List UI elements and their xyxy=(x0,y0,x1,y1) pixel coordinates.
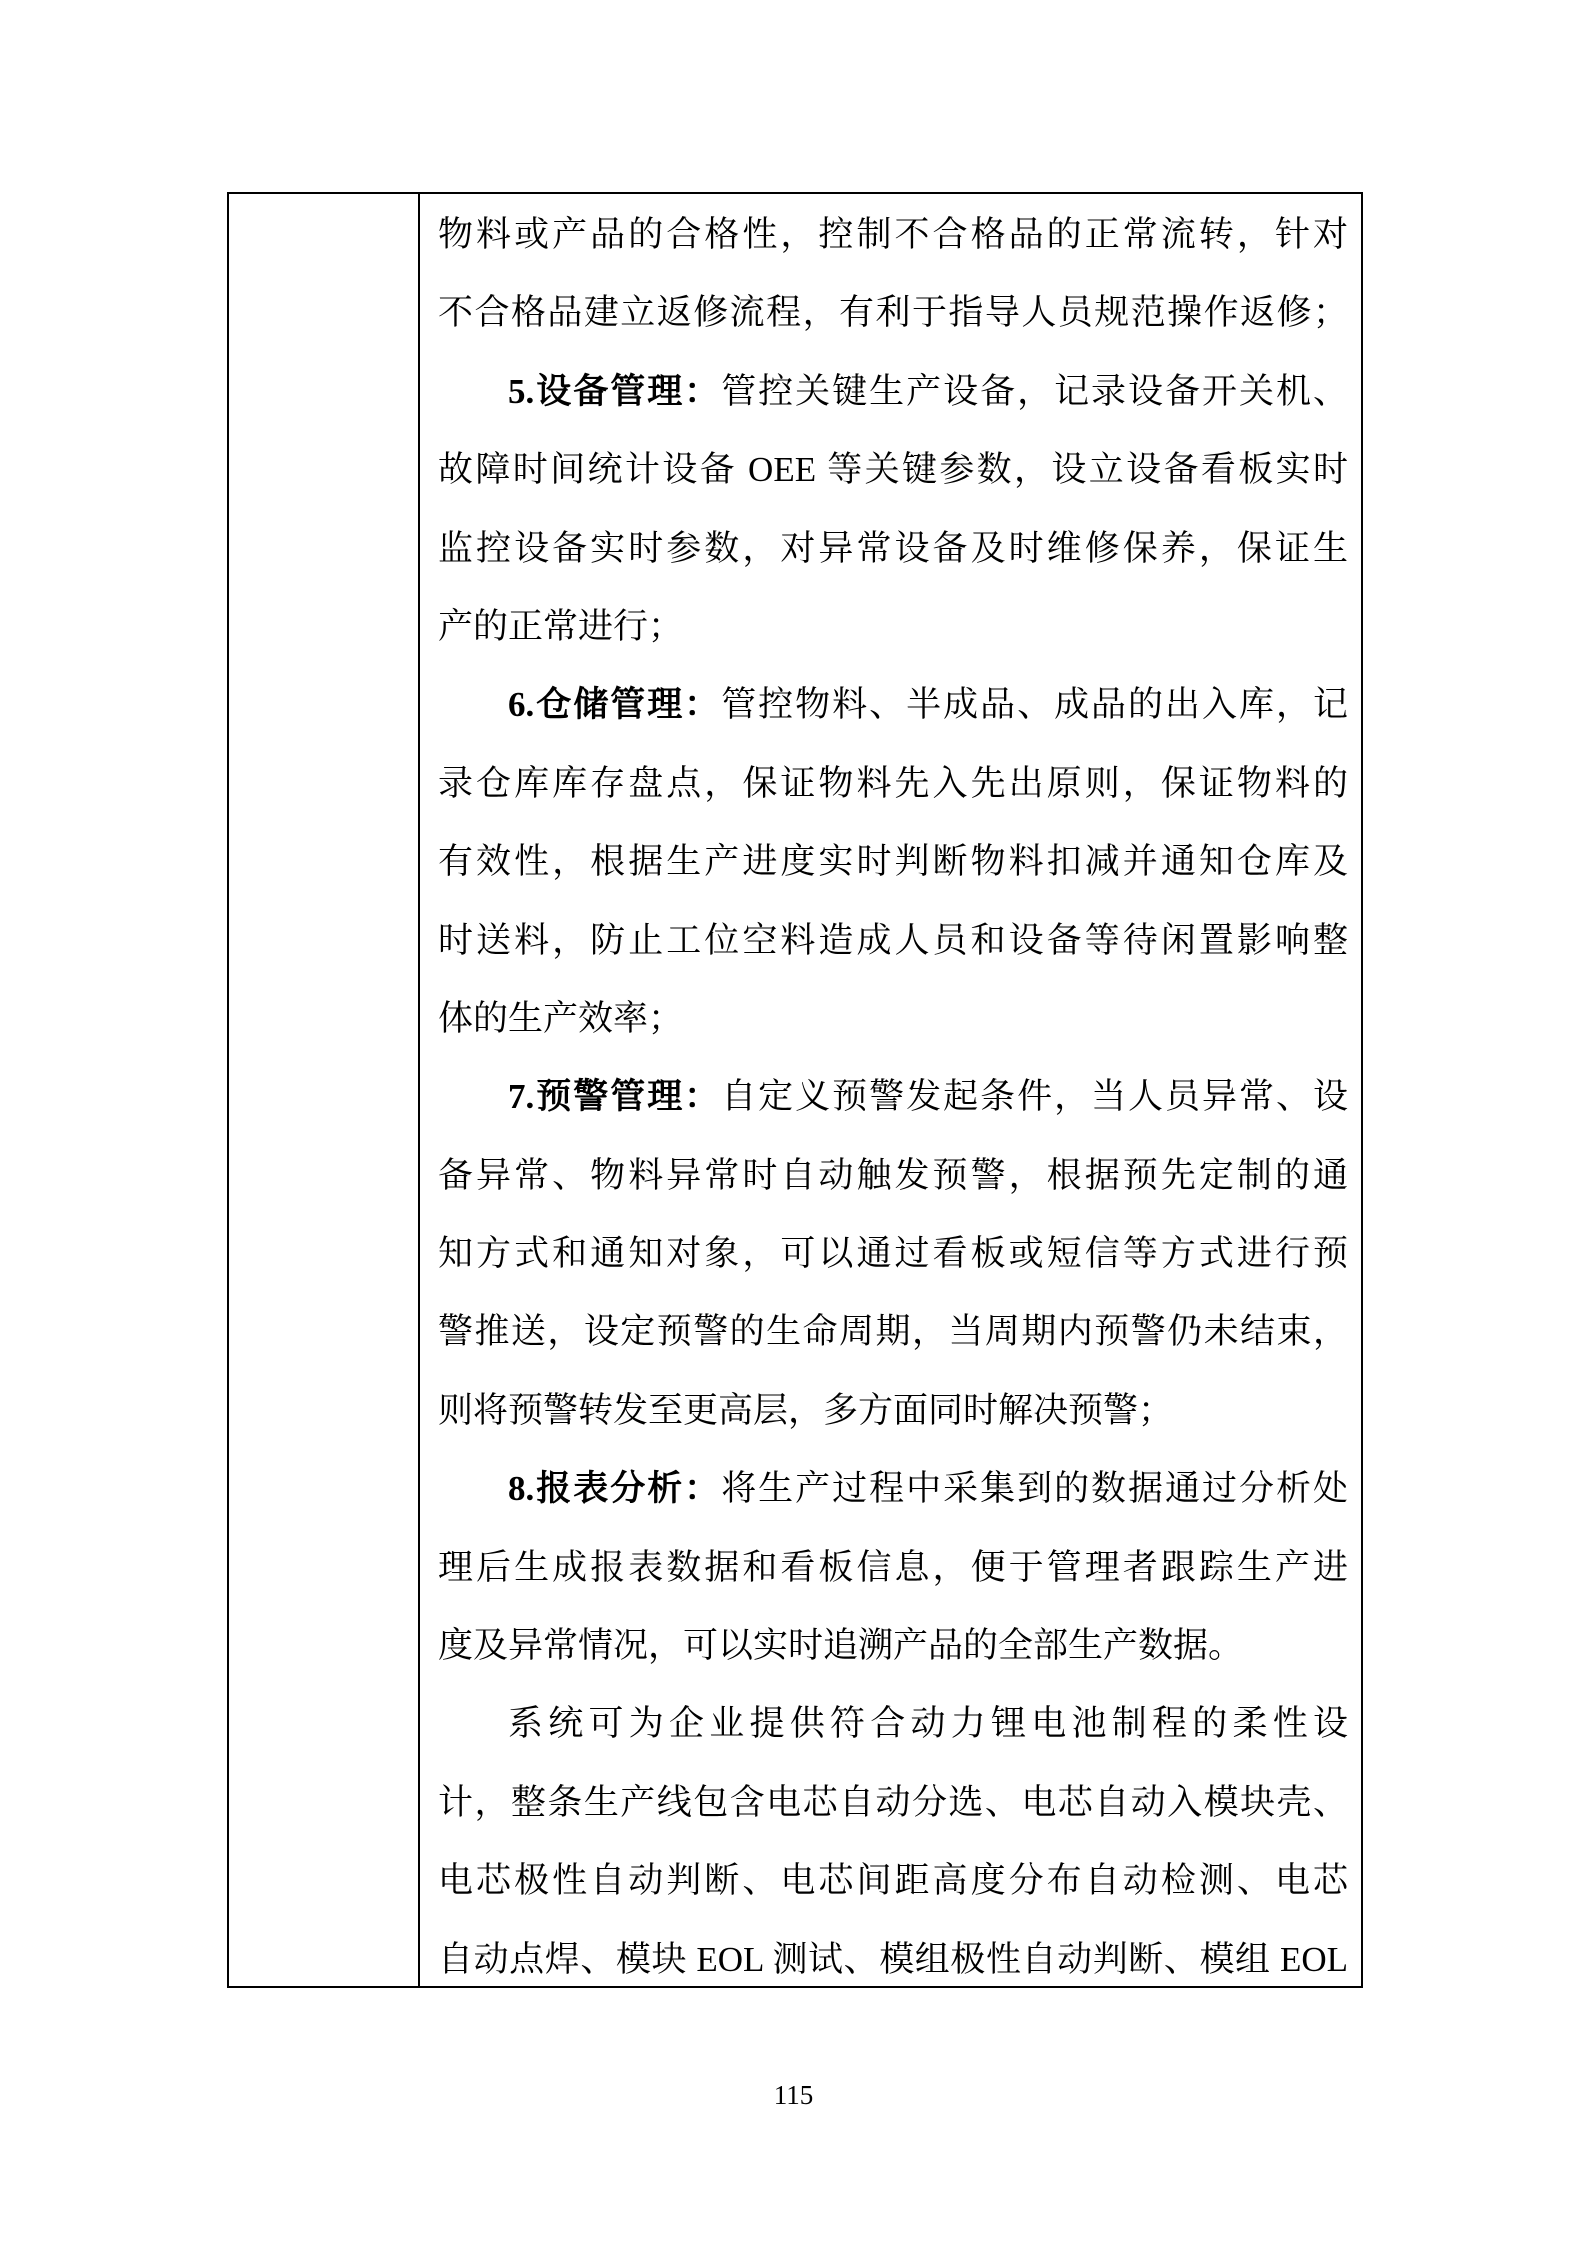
text-run: 有效性，根据生产进度实时判断物料扣减并通知仓库及 xyxy=(438,842,1348,881)
text-line: 监控设备实时参数，对异常设备及时维修保养，保证生 xyxy=(438,510,1348,588)
text-line: 计，整条生产线包含电芯自动分选、电芯自动入模块壳、 xyxy=(438,1764,1348,1842)
text-run: 自动点焊、模块 EOL 测试、模组极性自动判断、模组 EOL xyxy=(438,1940,1348,1979)
document-page: { "page": { "number": "115" }, "colors":… xyxy=(0,0,1587,2245)
text-line: 时送料，防止工位空料造成人员和设备等待闲置影响整 xyxy=(438,902,1348,980)
text-run: 理后生成报表数据和看板信息，便于管理者跟踪生产进 xyxy=(438,1548,1348,1587)
text-run: 管控物料、半成品、成品的出入库，记 xyxy=(721,685,1348,724)
heading-run: 6.仓储管理： xyxy=(508,685,721,724)
text-line: 则将预警转发至更高层，多方面同时解决预警； xyxy=(438,1372,1348,1450)
text-run: 电芯极性自动判断、电芯间距高度分布自动检测、电芯 xyxy=(438,1861,1348,1900)
table-cell-left xyxy=(229,194,420,1986)
text-line: 不合格品建立返修流程，有利于指导人员规范操作返修； xyxy=(438,274,1348,352)
text-line: 产的正常进行； xyxy=(438,588,1348,666)
text-line: 理后生成报表数据和看板信息，便于管理者跟踪生产进 xyxy=(438,1529,1348,1607)
table-cell-right: 物料或产品的合格性，控制不合格品的正常流转，针对不合格品建立返修流程，有利于指导… xyxy=(420,194,1361,1986)
text-run: 备异常、物料异常时自动触发预警，根据预先定制的通 xyxy=(438,1156,1348,1195)
heading-run: 5.设备管理： xyxy=(508,372,721,411)
heading-run: 8.报表分析： xyxy=(508,1469,721,1508)
text-run: 系统可为企业提供符合动力锂电池制程的柔性设 xyxy=(508,1704,1348,1743)
text-line: 6.仓储管理：管控物料、半成品、成品的出入库，记 xyxy=(438,666,1348,744)
text-run: 故障时间统计设备 OEE 等关键参数，设立设备看板实时 xyxy=(438,450,1348,489)
heading-run: 7.预警管理： xyxy=(508,1077,721,1116)
text-run: 知方式和通知对象，可以通过看板或短信等方式进行预 xyxy=(438,1234,1348,1273)
text-run: 则将预警转发至更高层，多方面同时解决预警； xyxy=(438,1391,1173,1430)
text-run: 体的生产效率； xyxy=(438,999,683,1038)
text-run: 不合格品建立返修流程，有利于指导人员规范操作返修； xyxy=(438,293,1348,332)
text-line: 自动点焊、模块 EOL 测试、模组极性自动判断、模组 EOL xyxy=(438,1921,1348,1986)
text-line: 度及异常情况，可以实时追溯产品的全部生产数据。 xyxy=(438,1607,1348,1685)
text-line: 录仓库库存盘点，保证物料先入先出原则，保证物料的 xyxy=(438,745,1348,823)
text-line: 5.设备管理：管控关键生产设备，记录设备开关机、 xyxy=(438,353,1348,431)
text-line: 电芯极性自动判断、电芯间距高度分布自动检测、电芯 xyxy=(438,1842,1348,1920)
text-run: 录仓库库存盘点，保证物料先入先出原则，保证物料的 xyxy=(438,764,1348,803)
page-number: 115 xyxy=(0,2080,1587,2110)
text-run: 物料或产品的合格性，控制不合格品的正常流转，针对 xyxy=(438,215,1348,254)
text-run: 度及异常情况，可以实时追溯产品的全部生产数据。 xyxy=(438,1626,1243,1665)
text-run: 计，整条生产线包含电芯自动分选、电芯自动入模块壳、 xyxy=(438,1783,1348,1822)
text-line: 故障时间统计设备 OEE 等关键参数，设立设备看板实时 xyxy=(438,431,1348,509)
text-run: 自定义预警发起条件，当人员异常、设 xyxy=(721,1077,1348,1116)
text-line: 体的生产效率； xyxy=(438,980,1348,1058)
text-line: 物料或产品的合格性，控制不合格品的正常流转，针对 xyxy=(438,196,1348,274)
text-run: 监控设备实时参数，对异常设备及时维修保养，保证生 xyxy=(438,529,1348,568)
text-run: 管控关键生产设备，记录设备开关机、 xyxy=(721,372,1348,411)
text-line: 系统可为企业提供符合动力锂电池制程的柔性设 xyxy=(438,1685,1348,1763)
table-text-content: 物料或产品的合格性，控制不合格品的正常流转，针对不合格品建立返修流程，有利于指导… xyxy=(438,196,1348,1986)
text-line: 知方式和通知对象，可以通过看板或短信等方式进行预 xyxy=(438,1215,1348,1293)
text-line: 有效性，根据生产进度实时判断物料扣减并通知仓库及 xyxy=(438,823,1348,901)
text-line: 8.报表分析：将生产过程中采集到的数据通过分析处 xyxy=(438,1450,1348,1528)
text-run: 将生产过程中采集到的数据通过分析处 xyxy=(721,1469,1348,1508)
text-run: 警推送，设定预警的生命周期，当周期内预警仍未结束， xyxy=(438,1312,1348,1351)
text-run: 时送料，防止工位空料造成人员和设备等待闲置影响整 xyxy=(438,921,1348,960)
table: 物料或产品的合格性，控制不合格品的正常流转，针对不合格品建立返修流程，有利于指导… xyxy=(227,192,1363,1988)
text-line: 警推送，设定预警的生命周期，当周期内预警仍未结束， xyxy=(438,1293,1348,1371)
text-line: 备异常、物料异常时自动触发预警，根据预先定制的通 xyxy=(438,1137,1348,1215)
text-line: 7.预警管理：自定义预警发起条件，当人员异常、设 xyxy=(438,1058,1348,1136)
text-run: 产的正常进行； xyxy=(438,607,683,646)
